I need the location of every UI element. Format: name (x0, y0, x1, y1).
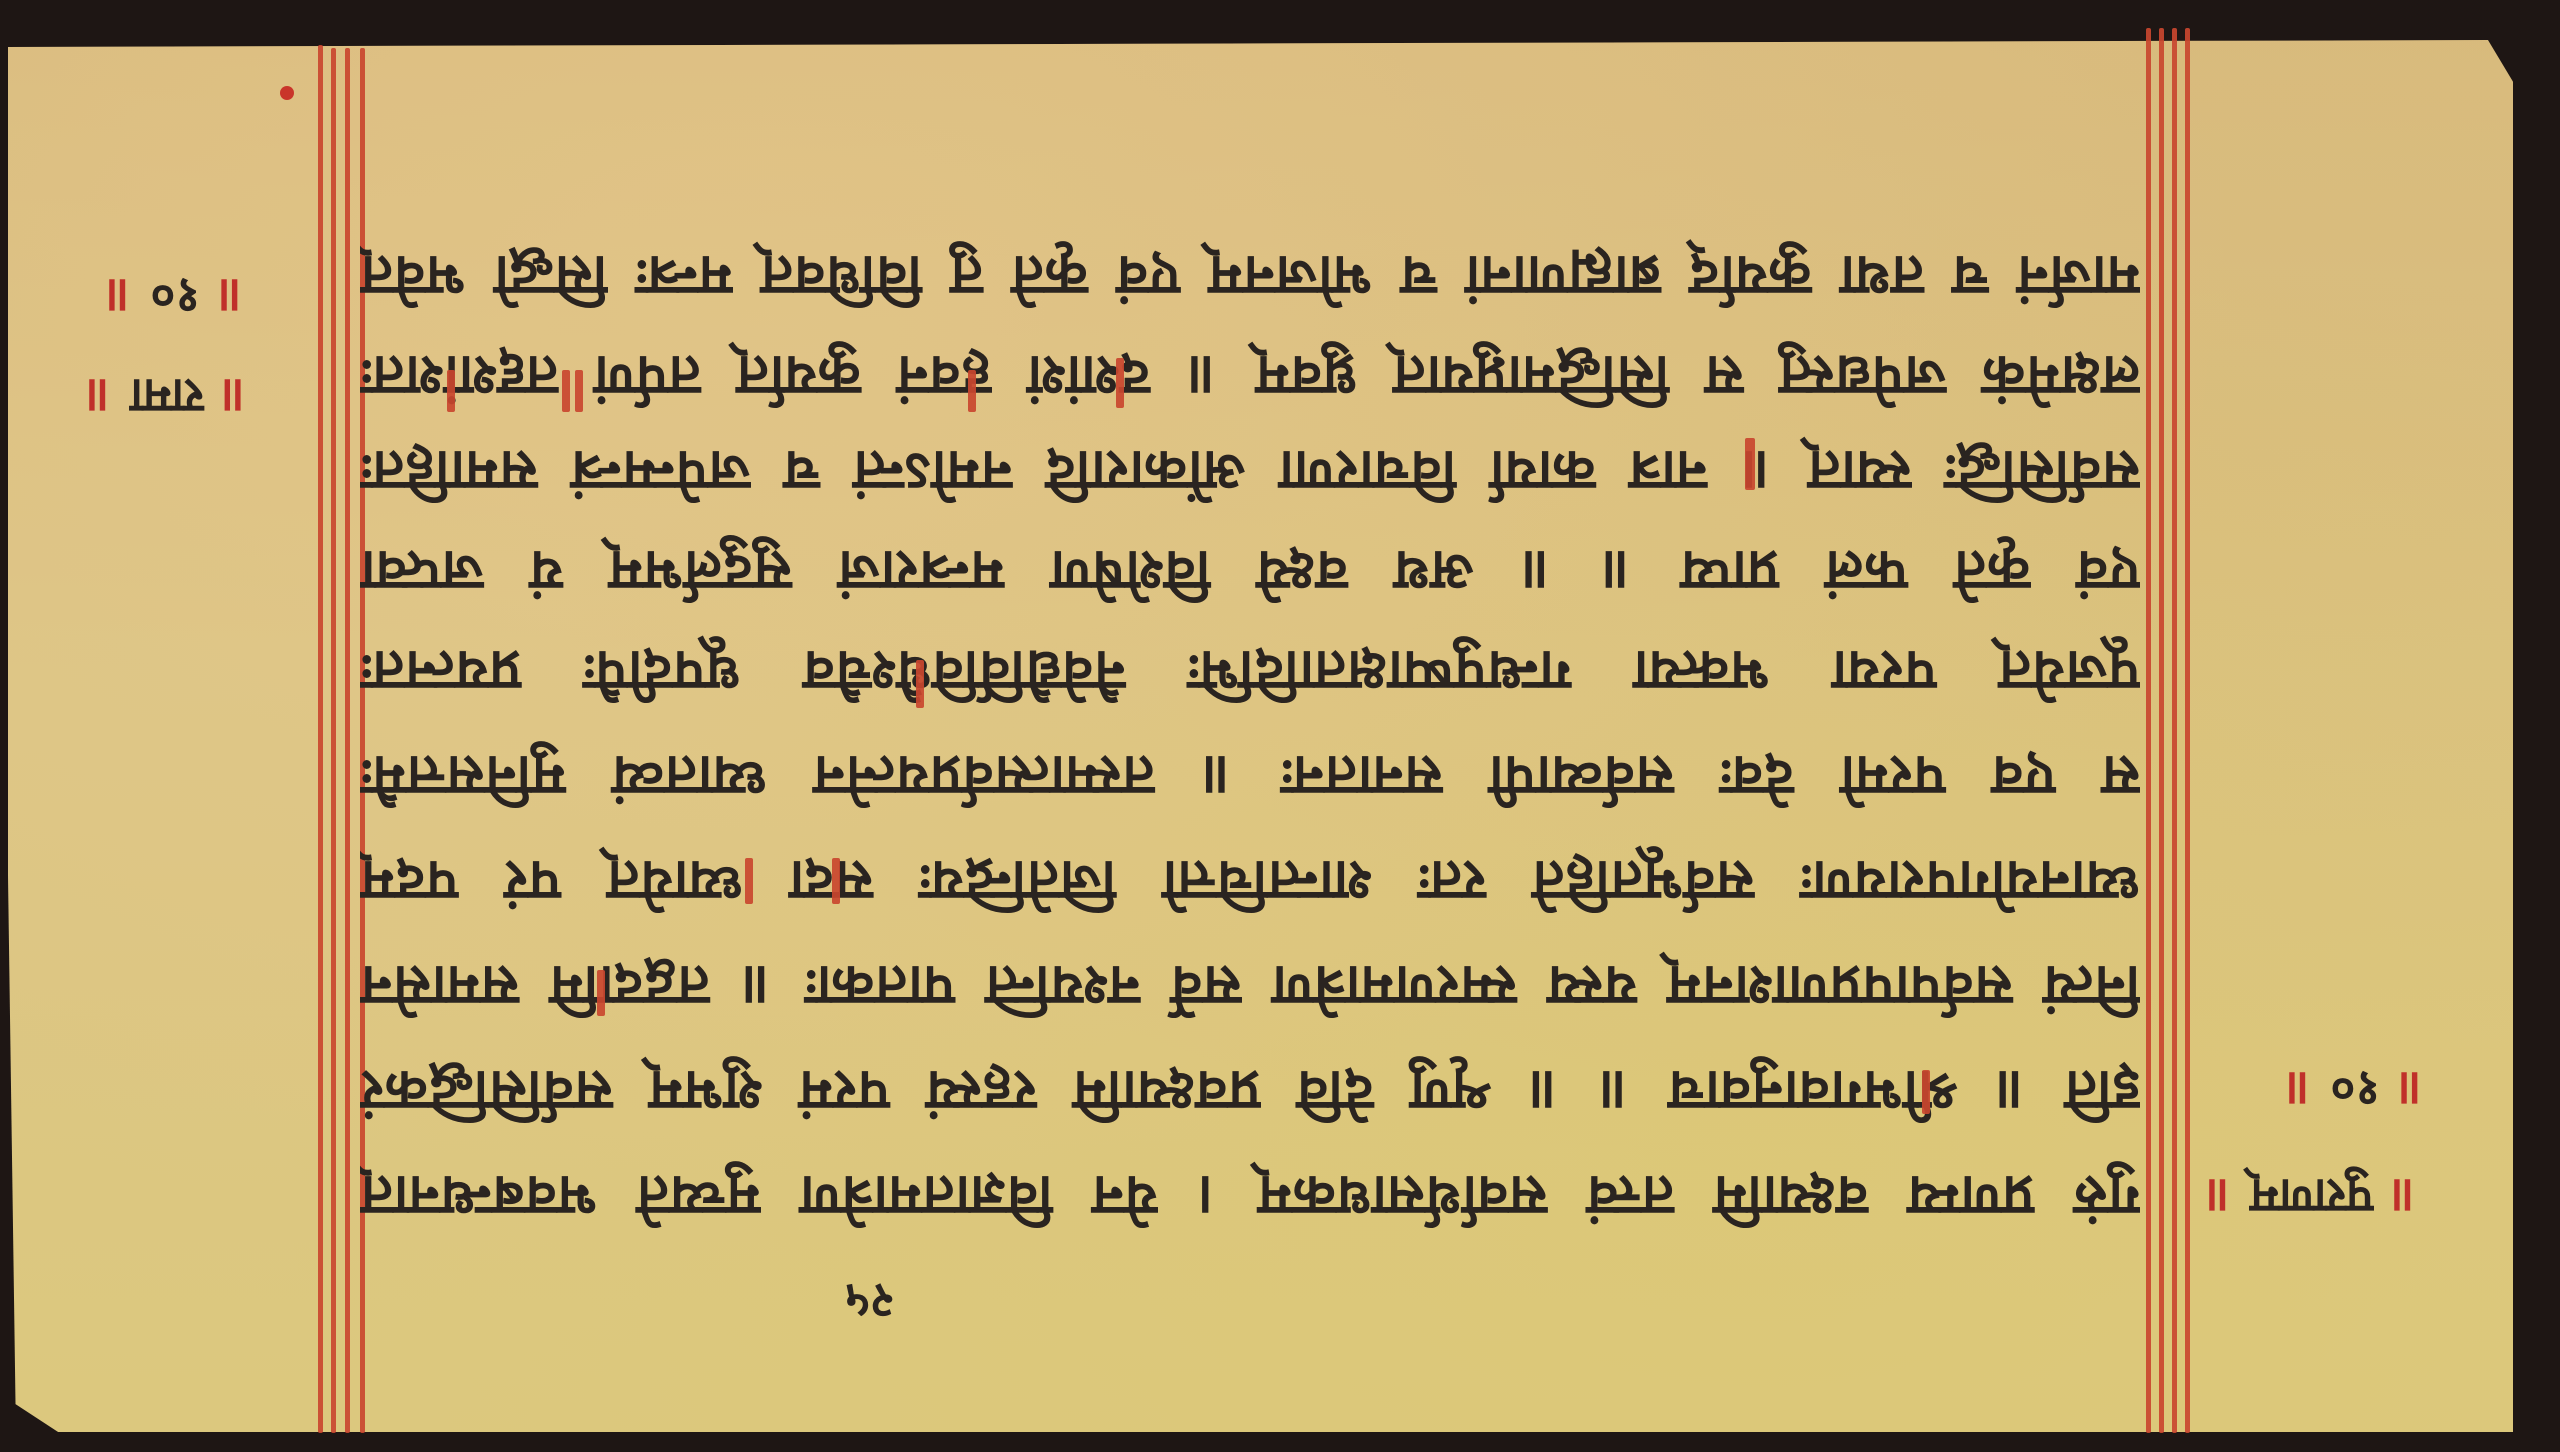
red-danda (1745, 438, 1755, 490)
right-margin-rule (2185, 28, 2190, 1433)
left-folio-number: ॥ १० ॥ (105, 265, 246, 330)
right-margin-title: ॥ पुराणम् ॥ (2205, 1165, 2419, 1230)
red-danda (597, 970, 605, 1016)
left-margin-title: ॥ रामा ॥ (85, 365, 249, 430)
right-folio-number: ॥ १० ॥ (2285, 1058, 2426, 1123)
red-ink-dot (280, 86, 294, 100)
margin-title-text: रामा (130, 368, 203, 424)
text-line: एवं कृते फलं प्राप्य ॥ ॥ अथ वक्ष्ये विशे… (360, 530, 2140, 610)
red-danda (447, 370, 455, 412)
margin-title-text: पुराणम् (2250, 1168, 2373, 1224)
red-danda (745, 858, 753, 904)
text-line: ध्यानयोगपरायणः सर्वभूतहिते रतः शान्तचित्… (360, 840, 2140, 920)
text-line: इति ॥ श्रीभगवानुवाच ॥ ॥ शृणु देवि प्रवक्… (360, 1050, 2140, 1130)
left-margin-rule (318, 45, 323, 1433)
red-danda (562, 370, 570, 412)
right-margin-rule (2159, 28, 2164, 1433)
red-danda (575, 370, 583, 412)
text-line: सर्वसिद्धिः स्यात् ॥ नात्र कार्या विचारण… (360, 430, 2140, 510)
text-line: गुरुं प्रणम्य वक्ष्यामि तत्त्वं सर्वार्थ… (360, 1155, 2140, 1235)
red-danda (1922, 1070, 1930, 1114)
text-line: स एव परमो देवः सर्वव्यापी सनातनः ॥ तस्मा… (360, 735, 2140, 815)
folio-number-text: १० (2330, 1061, 2380, 1117)
left-margin-rule (345, 48, 350, 1433)
text-line: लक्षमेकं जपेद्यस्तु स सिद्धिमाप्नुयात् ध… (360, 335, 2140, 415)
text-line: नित्यं सर्वपापप्रणाशनम् यस्य स्मरणमात्रे… (360, 945, 2140, 1025)
red-danda (968, 370, 976, 412)
right-margin-rule (2146, 28, 2151, 1433)
red-danda (832, 858, 840, 904)
bottom-page-mark: २५ (845, 1270, 895, 1335)
right-margin-rule (2172, 28, 2177, 1433)
left-margin-rule (331, 48, 336, 1433)
red-danda (1116, 358, 1124, 408)
folio-number-text: १० (150, 268, 200, 324)
text-line: पूजयेत् परया भक्त्या गन्धपुष्पाक्षतादिभि… (360, 630, 2140, 710)
red-danda (916, 660, 924, 708)
text-line: मार्जनं च तथा कुर्याद् ब्राह्मणानां च भो… (360, 235, 2140, 315)
